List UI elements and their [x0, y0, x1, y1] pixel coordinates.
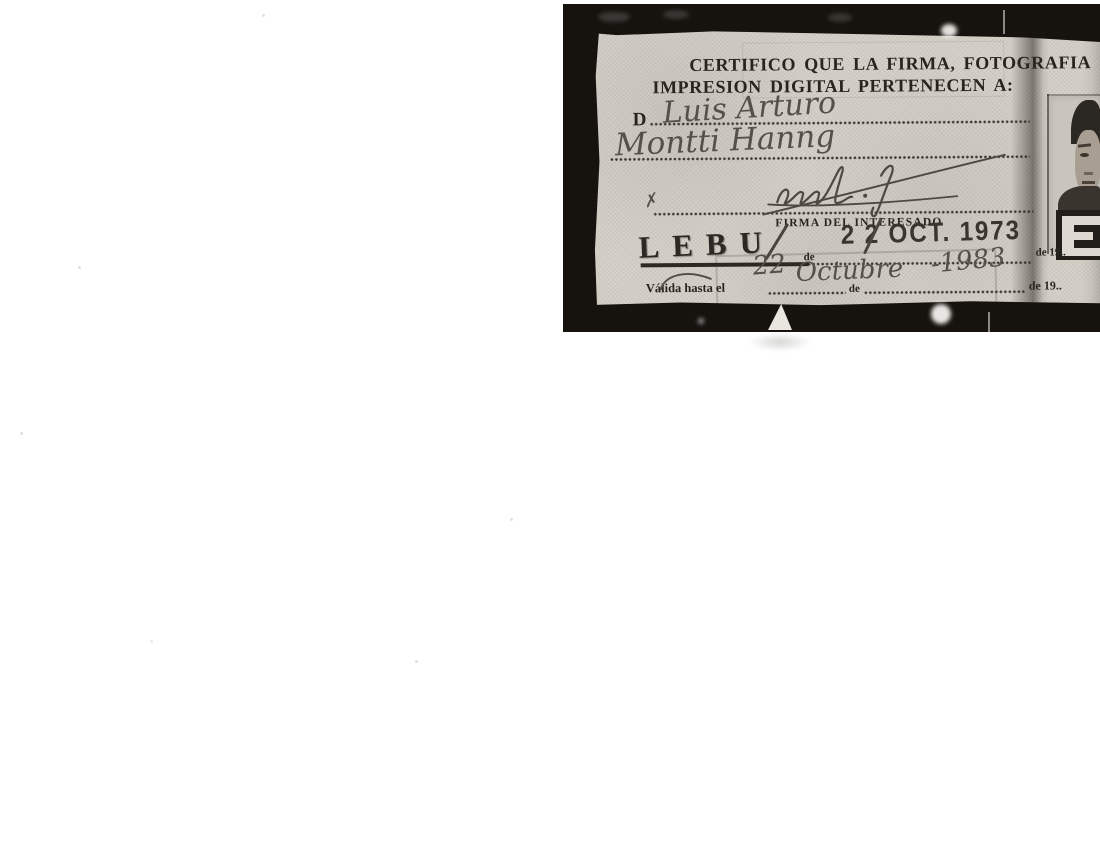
band-scratch-top — [1003, 10, 1005, 34]
scan-speck — [20, 432, 23, 435]
handwritten-cross-mark: ✗ — [640, 190, 660, 213]
band-bright-spot — [941, 24, 957, 37]
band-smudge — [828, 13, 852, 22]
de-year-label-row1: de 19.. — [1036, 246, 1066, 258]
scan-speck — [78, 266, 81, 269]
handwritten-signature: Montti — [753, 149, 1014, 225]
handwritten-valid-month: Octubre — [795, 254, 904, 288]
handwritten-valid-day: 22 — [752, 249, 787, 281]
scan-speck — [510, 518, 513, 521]
band-smudge — [663, 10, 689, 19]
scanned-id-booklet: CERTIFICO QUE LA FIRMA, FOTOGRAFIA IMPRE… — [563, 4, 1100, 332]
de-year-label-row2: de 19.. — [1029, 278, 1062, 293]
band-bright-spot — [931, 304, 951, 324]
scan-page: { "scan": { "frame_color": "#16130f", "c… — [0, 0, 1100, 850]
scan-speck — [150, 640, 153, 643]
frame-band-left — [563, 4, 601, 332]
band-scratch-bottom — [988, 312, 990, 332]
paper-smudge — [748, 333, 812, 351]
certify-title-line1: CERTIFICO QUE LA FIRMA, FOTOGRAFIA — [689, 52, 1091, 76]
band-dot — [698, 318, 704, 324]
band-smudge — [598, 12, 630, 22]
card-content: CERTIFICO QUE LA FIRMA, FOTOGRAFIA IMPRE… — [563, 4, 1100, 332]
dotted-line-valid-day — [768, 291, 846, 296]
pencil-loop-over-label — [659, 269, 719, 291]
scan-speck — [415, 660, 418, 663]
dotted-line-valid-month — [864, 290, 1026, 295]
scan-speck — [262, 14, 265, 17]
